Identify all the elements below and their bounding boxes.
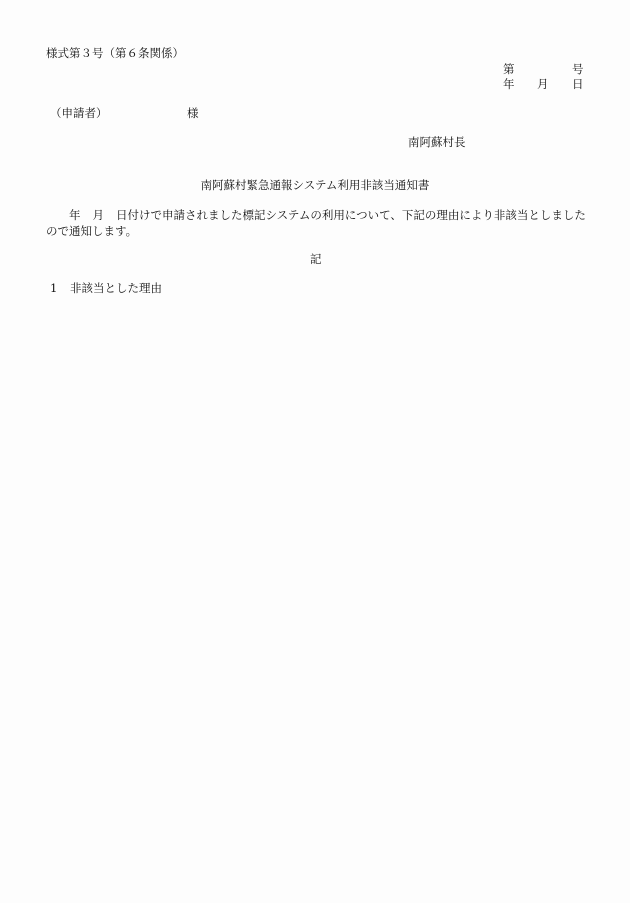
- date-year: 年: [503, 79, 515, 91]
- form-number: 様式第３号（第６条関係）: [46, 48, 184, 60]
- date-day: 日: [572, 79, 584, 91]
- list-item: 1非該当とした理由: [50, 283, 162, 295]
- addressee-label: （申請者）: [50, 108, 108, 120]
- reference-go: 号: [572, 64, 584, 76]
- item-label: 非該当とした理由: [70, 281, 162, 295]
- body-paragraph: 年月日付けで申請されました標記システムの利用について、下記の理由により非該当とし…: [46, 208, 591, 239]
- reference-dai: 第: [503, 64, 515, 76]
- date-month: 月: [537, 79, 549, 91]
- ki-heading: 記: [310, 254, 322, 266]
- issuer-name: 南阿蘇村長: [408, 137, 466, 149]
- body-text: 日付けで申請されました標記システムの利用について、下記の理由により非該当としまし…: [46, 208, 586, 238]
- document-title: 南阿蘇村緊急通報システム利用非該当通知書: [0, 180, 630, 192]
- body-year: 年: [69, 208, 81, 222]
- item-number: 1: [50, 283, 70, 295]
- body-month: 月: [93, 208, 105, 222]
- addressee-honorific: 様: [187, 108, 199, 120]
